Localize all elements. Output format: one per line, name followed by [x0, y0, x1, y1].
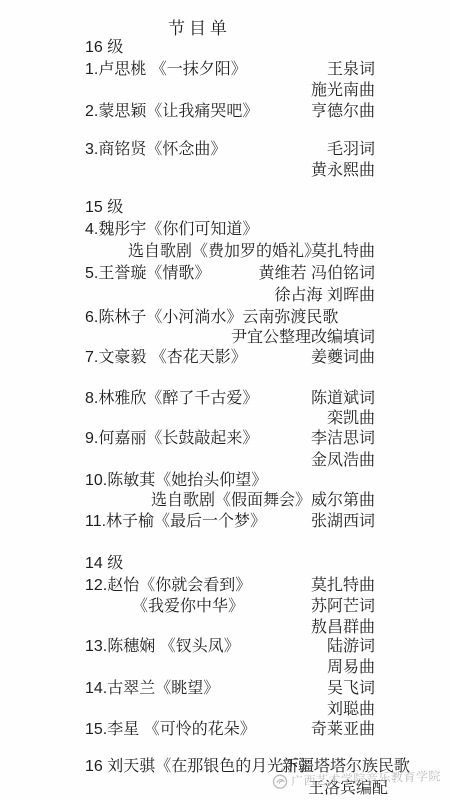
program-line: 选自歌剧《假面舞会》威尔第曲	[0, 490, 450, 511]
program-line: 14 级	[0, 553, 450, 574]
line-right-text: 陆游词	[327, 636, 375, 657]
program-line: 13.陈穗娴 《钗头凤》 陆游词	[0, 636, 450, 657]
line-right-text: 苏阿芒词	[311, 596, 375, 617]
program-line: 3.商铭贤《怀念曲》 毛羽词	[0, 139, 450, 160]
program-line: 10.陈敏萁《她抬头仰望》	[0, 470, 450, 491]
line-right-text: 选自歌剧《假面舞会》威尔第曲	[151, 490, 375, 511]
program-line: 刘聪曲	[0, 699, 450, 720]
line-left-text: 5.王誉璇《情歌》	[85, 263, 210, 284]
line-right-text: 栾凯曲	[327, 408, 375, 429]
line-right-text: 毛羽词	[327, 139, 375, 160]
line-right-text: 李洁思词	[311, 428, 375, 449]
line-right-text: 黄维若 冯伯铭词	[259, 263, 375, 284]
line-left-text: 8.林雅欣《醉了千古爱》	[85, 388, 258, 409]
line-right-text: 周易曲	[327, 657, 375, 678]
program-line: 1.卢思桃 《一抹夕阳》 王泉词	[0, 59, 450, 80]
line-left-text: 选自歌剧《费加罗的婚礼》	[128, 241, 320, 262]
program-line: 8.林雅欣《醉了千古爱》 陈道斌词	[0, 388, 450, 409]
line-right-text: 张湖西词	[311, 511, 375, 532]
line-right-text: 徐占海 刘晖曲	[275, 285, 375, 306]
line-left-text: 1.卢思桃 《一抹夕阳》	[85, 59, 247, 80]
program-line: 金凤浩曲	[0, 450, 450, 471]
program-line: 《我爱你中华》 苏阿芒词	[0, 596, 450, 617]
line-right-text: 吴飞词	[327, 678, 375, 699]
program-line: 徐占海 刘晖曲	[0, 285, 450, 306]
line-left-text: 2.蒙思颖《让我痛哭吧》	[85, 101, 258, 122]
program-line: 尹宜公整理改编填词	[0, 327, 450, 348]
line-left-text: 14 级	[85, 553, 123, 574]
line-left-text: 16 刘天骐《在那银色的月光下》	[85, 756, 315, 777]
line-right-text: 黄永熙曲	[311, 160, 375, 181]
line-left-text: 7.文豪毅 《杏花天影》	[85, 347, 247, 368]
line-left-text: 9.何嘉丽《长鼓敲起来》	[85, 428, 258, 449]
line-left-text: 6.陈林子《小河淌水》云南弥渡民歌	[85, 307, 338, 328]
line-right-text: 施光南曲	[311, 80, 375, 101]
line-left-text: 15.李星 《可怜的花朵》	[85, 719, 256, 740]
program-line: 栾凯曲	[0, 408, 450, 429]
line-right-text: 敖昌群曲	[311, 617, 375, 638]
program-line: 15.李星 《可怜的花朵》 奇莱亚曲	[0, 719, 450, 740]
line-right-text: 新疆塔塔尔族民歌	[282, 756, 410, 777]
line-right-text: 奇莱亚曲	[311, 719, 375, 740]
program-line: 敖昌群曲	[0, 617, 450, 638]
line-left-text: 13.陈穗娴 《钗头凤》	[85, 636, 240, 657]
program-line: 黄永熙曲	[0, 160, 450, 181]
line-right-text: 姜夔词曲	[311, 347, 375, 368]
line-left-text: 14.古翠兰《眺望》	[85, 678, 219, 699]
program-document-page: 节目单 16 级 1.卢思桃 《一抹夕阳》 王泉词 施光南曲 2.蒙思颖《让我痛…	[0, 0, 450, 800]
line-right-text: 刘聪曲	[327, 699, 375, 720]
program-line: 7.文豪毅 《杏花天影》 姜夔词曲	[0, 347, 450, 368]
line-left-text: 10.陈敏萁《她抬头仰望》	[85, 470, 267, 491]
line-right-text: 金凤浩曲	[311, 450, 375, 471]
line-left-text: 4.魏彤宇《你们可知道》	[85, 219, 258, 240]
line-right-text: 王洛宾编配	[308, 778, 388, 799]
page-title: 节目单	[168, 14, 231, 39]
program-line: 16 刘天骐《在那银色的月光下》 新疆塔塔尔族民歌	[0, 756, 450, 777]
program-line: 王洛宾编配	[0, 778, 450, 799]
program-line: 6.陈林子《小河淌水》云南弥渡民歌	[0, 307, 450, 328]
program-line: 14.古翠兰《眺望》 吴飞词	[0, 678, 450, 699]
line-right-text: 王泉词	[327, 59, 375, 80]
program-line: 12.赵怡《你就会看到》 莫扎特曲	[0, 575, 450, 596]
program-line: 9.何嘉丽《长鼓敲起来》 李洁思词	[0, 428, 450, 449]
line-right-text: 尹宜公整理改编填词	[231, 327, 375, 348]
line-left-text: 15 级	[85, 197, 123, 218]
program-line: 选自歌剧《费加罗的婚礼》 莫扎特曲	[0, 241, 450, 262]
program-line: 5.王誉璇《情歌》 黄维若 冯伯铭词	[0, 263, 450, 284]
program-line: 4.魏彤宇《你们可知道》	[0, 219, 450, 240]
line-right-text: 陈道斌词	[311, 388, 375, 409]
line-right-text: 莫扎特曲	[311, 241, 375, 262]
program-line: 施光南曲	[0, 80, 450, 101]
program-line: 15 级	[0, 197, 450, 218]
program-line: 2.蒙思颖《让我痛哭吧》 亨德尔曲	[0, 101, 450, 122]
line-right-text: 莫扎特曲	[311, 575, 375, 596]
line-left-text: 《我爱你中华》	[132, 596, 244, 617]
program-line: 周易曲	[0, 657, 450, 678]
program-line: 11.林子榆《最后一个梦》 张湖西词	[0, 511, 450, 532]
line-left-text: 16 级	[85, 37, 123, 58]
line-left-text: 3.商铭贤《怀念曲》	[85, 139, 226, 160]
line-right-text: 亨德尔曲	[311, 101, 375, 122]
line-left-text: 11.林子榆《最后一个梦》	[85, 511, 266, 532]
program-line: 16 级	[0, 37, 450, 58]
line-left-text: 12.赵怡《你就会看到》	[85, 575, 251, 596]
